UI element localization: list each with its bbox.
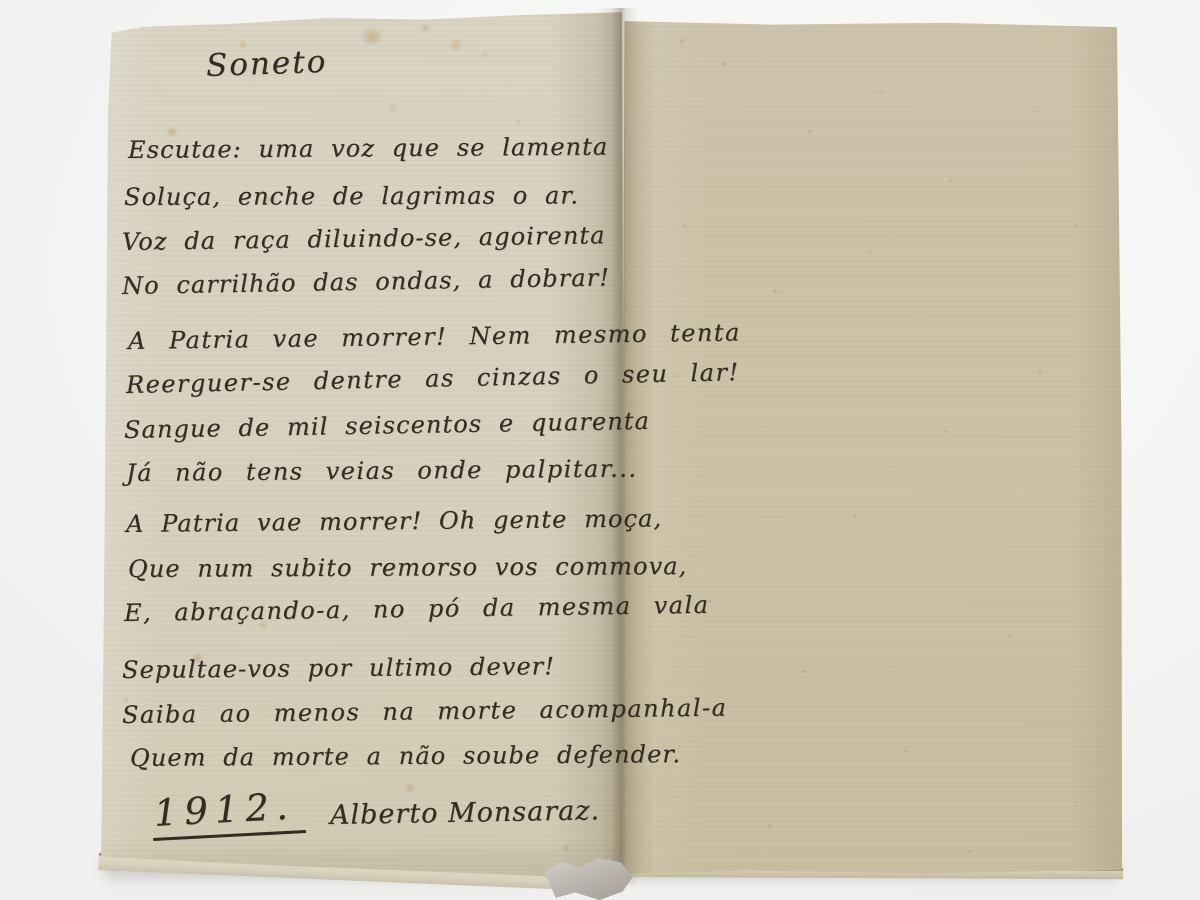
poem-line-5: A Patria vae morrer! Nem mesmo tenta: [128, 318, 741, 355]
poem-line-14: Quem da morte a não soube defender.: [130, 740, 681, 772]
poem-line-13: Saiba ao menos na morte acompanhal-a: [122, 694, 728, 729]
poem-line-12: Sepultae-vos por ultimo dever!: [122, 652, 555, 684]
poem-line-10: Que num subito remorso vos commova,: [128, 552, 687, 583]
manuscript-date: 1912.: [151, 784, 306, 841]
manuscript-text: Soneto Escutae: uma voz que se lamenta S…: [0, 0, 1200, 900]
poem-line-4: No carrilhão das ondas, a dobrar!: [122, 263, 610, 300]
poem-line-7: Sangue de mil seiscentos e quarenta: [124, 407, 650, 444]
poem-line-1: Escutae: uma voz que se lamenta: [128, 133, 608, 164]
photo-background: Soneto Escutae: uma voz que se lamenta S…: [0, 0, 1200, 900]
poem-line-8: Já não tens veias onde palpitar...: [126, 455, 638, 487]
poem-line-9: A Patria vae morrer! Oh gente moça,: [126, 504, 662, 538]
poem-line-2: Soluça, enche de lagrimas o ar.: [124, 181, 579, 211]
poem-line-3: Voz da raça diluindo-se, agoirenta: [122, 221, 606, 256]
poem-line-11: E, abraçando-a, no pó da mesma vala: [124, 591, 710, 627]
poem-line-6: Reerguer-se dentre as cinzas o seu lar!: [126, 358, 740, 399]
author-signature: Alberto Monsaraz.: [330, 795, 601, 831]
poem-title: Soneto: [205, 44, 328, 84]
